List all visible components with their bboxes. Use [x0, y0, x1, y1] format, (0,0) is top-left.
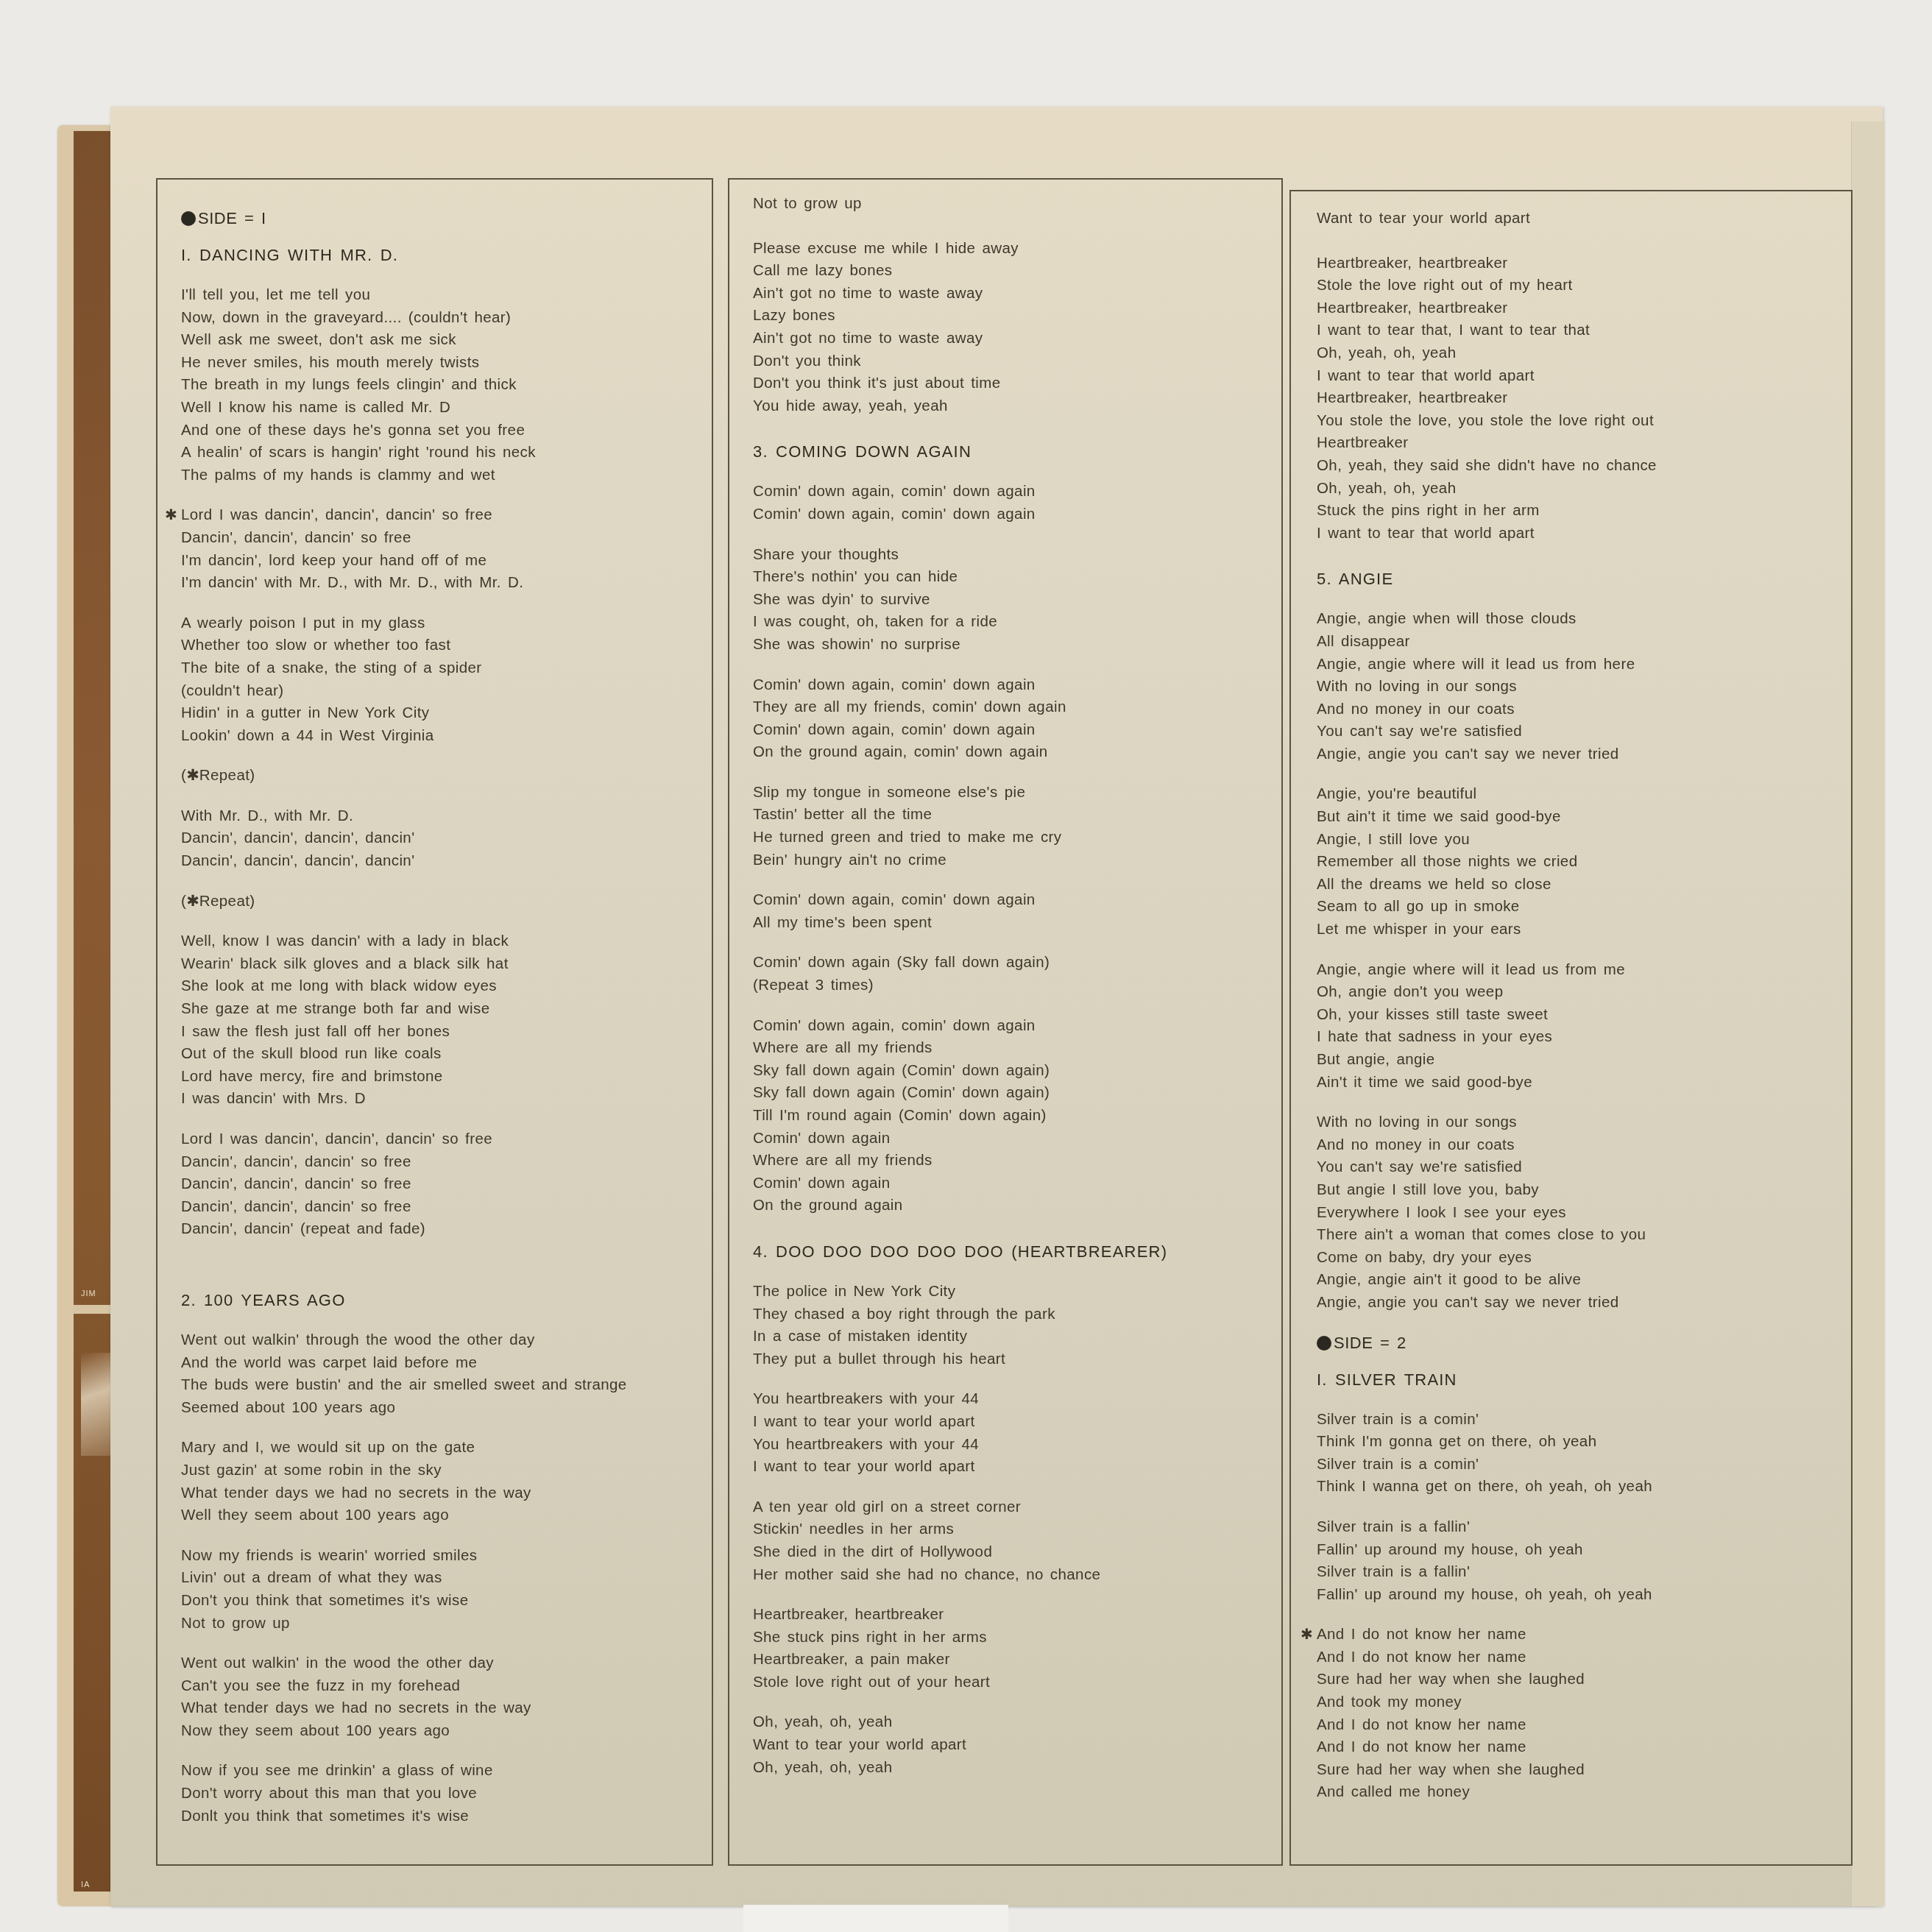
lyric-line: And no money in our coats: [1317, 1134, 1851, 1157]
lyric-line: There ain't a woman that comes close to …: [1317, 1224, 1851, 1247]
lyric-line: Bein' hungry ain't no crime: [753, 849, 1281, 872]
lyric-stanza: Angie, angie where will it lead us from …: [1317, 959, 1851, 1094]
lyric-text: She was showin' no surprise: [753, 636, 960, 653]
lyric-text: Comin' down again: [753, 1175, 891, 1192]
lyric-line: Dancin', dancin', dancin', dancin': [181, 850, 712, 873]
lyric-text: All disappear: [1317, 633, 1410, 650]
lyric-line: Lord have mercy, fire and brimstone: [181, 1066, 712, 1089]
lyric-line: Lazy bones: [753, 305, 1281, 328]
lyric-line: Oh, yeah, oh, yeah: [753, 1711, 1281, 1734]
lyric-text: Her mother said she had no chance, no ch…: [753, 1566, 1100, 1583]
lyric-text: Whether too slow or whether too fast: [181, 637, 450, 654]
lyric-line: He never smiles, his mouth merely twists: [181, 352, 712, 375]
lyric-text: Angie, angie you can't say we never trie…: [1317, 746, 1619, 762]
lyric-text: Heartbreaker: [1317, 434, 1408, 451]
lyric-line: You stole the love, you stole the love r…: [1317, 410, 1851, 433]
lyric-line: Where are all my friends: [753, 1150, 1281, 1172]
lyric-line: Well I know his name is called Mr. D: [181, 397, 712, 420]
lyric-line: You heartbreakers with your 44: [753, 1434, 1281, 1457]
lyric-line: What tender days we had no secrets in th…: [181, 1482, 712, 1505]
lyric-text: She was dyin' to survive: [753, 591, 930, 608]
lyric-text: Hidin' in a gutter in New York City: [181, 704, 429, 721]
lyric-line: Ain't got no time to waste away: [753, 328, 1281, 350]
lyric-line: Well ask me sweet, don't ask me sick: [181, 329, 712, 352]
lyric-text: Angie, angie ain't it good to be alive: [1317, 1271, 1581, 1288]
lyric-text: Share your thoughts: [753, 546, 899, 563]
lyric-line: Sky fall down again (Comin' down again): [753, 1082, 1281, 1105]
lyric-text: Well, know I was dancin' with a lady in …: [181, 933, 509, 949]
lyric-text: I'll tell you, let me tell you: [181, 286, 370, 303]
lyric-text: Stole the love right out of my heart: [1317, 277, 1573, 294]
lyric-text: I was cought, oh, taken for a ride: [753, 613, 997, 630]
lyric-line: Heartbreaker, heartbreaker: [753, 1604, 1281, 1627]
lyric-text: Lord have mercy, fire and brimstone: [181, 1068, 443, 1085]
lyric-text: With no loving in our songs: [1317, 1114, 1517, 1130]
lyric-text: Mary and I, we would sit up on the gate: [181, 1439, 475, 1456]
lyric-line: I hate that sadness in your eyes: [1317, 1026, 1851, 1049]
lyric-text: Dancin', dancin', dancin', dancin': [181, 829, 414, 846]
lyric-text: Sure had her way when she laughed: [1317, 1761, 1585, 1778]
lyric-text: Now if you see me drinkin' a glass of wi…: [181, 1762, 493, 1779]
lyric-text: Bein' hungry ain't no crime: [753, 852, 946, 868]
lyric-text: Stole love right out of your heart: [753, 1674, 990, 1691]
lyric-text: All my time's been spent: [753, 914, 932, 931]
lyric-line: Angie, angie you can't say we never trie…: [1317, 1292, 1851, 1314]
lyric-text: On the ground again, comin' down again: [753, 743, 1048, 760]
lyric-text: Heartbreaker, heartbreaker: [753, 1606, 944, 1623]
lyric-line: You can't say we're satisfied: [1317, 1156, 1851, 1179]
lyric-text: Oh, yeah, oh, yeah: [1317, 344, 1456, 361]
lyric-text: Now they seem about 100 years ago: [181, 1722, 450, 1739]
lyric-stanza: Share your thoughtsThere's nothin' you c…: [753, 544, 1281, 657]
lyric-stanza: ✱And I do not know her nameAnd I do not …: [1317, 1624, 1851, 1804]
lyric-line: She stuck pins right in her arms: [753, 1627, 1281, 1649]
lyric-text: He never smiles, his mouth merely twists: [181, 354, 479, 371]
lyric-line: Comin' down again: [753, 1128, 1281, 1150]
lyric-text: Oh, angie don't you weep: [1317, 983, 1503, 1000]
song-title: 3. COMING DOWN AGAIN: [753, 441, 1281, 464]
lyric-text: What tender days we had no secrets in th…: [181, 1699, 531, 1716]
lyric-line: Whether too slow or whether too fast: [181, 634, 712, 657]
lyric-text: Heartbreaker, heartbreaker: [1317, 389, 1508, 406]
lyric-stanza: Heartbreaker, heartbreakerStole the love…: [1317, 252, 1851, 545]
lyric-text: Don't you think it's just about time: [753, 375, 1001, 392]
lyric-line: Remember all those nights we cried: [1317, 851, 1851, 874]
lyric-line: Out of the skull blood run like coals: [181, 1043, 712, 1066]
lyric-line: Please excuse me while I hide away: [753, 238, 1281, 261]
lyric-stanza: I'll tell you, let me tell youNow, down …: [181, 284, 712, 486]
song-title: I. DANCING WITH MR. D.: [181, 244, 712, 268]
lyric-text: But ain't it time we said good-bye: [1317, 808, 1561, 825]
lyric-line: Oh, your kisses still taste sweet: [1317, 1004, 1851, 1027]
lyric-line: What tender days we had no secrets in th…: [181, 1697, 712, 1720]
lyric-text: And I do not know her name: [1317, 1738, 1526, 1755]
lyric-text: You heartbreakers with your 44: [753, 1390, 979, 1407]
lyric-line: He turned green and tried to make me cry: [753, 827, 1281, 849]
lyric-line: I want to tear your world apart: [753, 1411, 1281, 1434]
lyric-text: Want to tear your world apart: [1317, 210, 1530, 227]
lyric-line: Just gazin' at some robin in the sky: [181, 1459, 712, 1482]
lyric-line: Seam to all go up in smoke: [1317, 896, 1851, 919]
lyric-text: Comin' down again: [753, 1130, 891, 1147]
lyric-line: Oh, yeah, oh, yeah: [1317, 342, 1851, 365]
lyric-line: The police in New York City: [753, 1281, 1281, 1303]
lyric-text: With Mr. D., with Mr. D.: [181, 807, 353, 824]
lyric-line: Fallin' up around my house, oh yeah: [1317, 1539, 1851, 1562]
bullet-dot-icon: [1317, 1336, 1331, 1351]
lyric-line: Dancin', dancin' (repeat and fade): [181, 1218, 712, 1241]
lyric-text: In a case of mistaken identity: [753, 1328, 967, 1345]
lyric-line: The breath in my lungs feels clingin' an…: [181, 374, 712, 397]
lyric-text: Seemed about 100 years ago: [181, 1399, 395, 1416]
spine-label-top: JIM: [81, 1289, 96, 1298]
lyric-line: All my time's been spent: [753, 912, 1281, 935]
lyric-text: You heartbreakers with your 44: [753, 1436, 979, 1453]
lyric-text: Can't you see the fuzz in my forehead: [181, 1677, 460, 1694]
lyric-text: Dancin', dancin', dancin' so free: [181, 1153, 411, 1170]
lyric-stanza: Mary and I, we would sit up on the gateJ…: [181, 1437, 712, 1526]
lyric-stanza: Not to grow up: [753, 193, 1281, 216]
lyric-text: Dancin', dancin' (repeat and fade): [181, 1220, 425, 1237]
lyric-line: Angie, angie when will those clouds: [1317, 608, 1851, 631]
lyric-line: Heartbreaker: [1317, 432, 1851, 455]
lyric-line: I want to tear that, I want to tear that: [1317, 319, 1851, 342]
lyric-text: Wearin' black silk gloves and a black si…: [181, 955, 509, 972]
lyric-line: She died in the dirt of Hollywood: [753, 1541, 1281, 1564]
lyric-text: You stole the love, you stole the love r…: [1317, 412, 1654, 429]
lyric-line: Silver train is a comin': [1317, 1454, 1851, 1476]
lyric-stanza: Comin' down again, comin' down againThey…: [753, 674, 1281, 764]
lyric-text: But angie I still love you, baby: [1317, 1181, 1539, 1198]
lyric-text: And no money in our coats: [1317, 701, 1515, 718]
lyric-text: You can't say we're satisfied: [1317, 723, 1522, 740]
lyric-text: Comin' down again, comin' down again: [753, 1017, 1036, 1034]
lyric-text: You can't say we're satisfied: [1317, 1158, 1522, 1175]
lyric-line: Fallin' up around my house, oh yeah, oh …: [1317, 1584, 1851, 1607]
lyric-line: Comin' down again, comin' down again: [753, 481, 1281, 503]
lyric-line: And took my money: [1317, 1691, 1851, 1714]
lyric-line: Not to grow up: [181, 1613, 712, 1635]
lyric-line: Sure had her way when she laughed: [1317, 1759, 1851, 1782]
lyric-line: Tastin' better all the time: [753, 804, 1281, 827]
lyric-text: They are all my friends, comin' down aga…: [753, 698, 1066, 715]
lyric-line: And the world was carpet laid before me: [181, 1352, 712, 1375]
lyric-text: Went out walkin' in the wood the other d…: [181, 1655, 494, 1671]
lyric-line: Till I'm round again (Comin' down again): [753, 1105, 1281, 1128]
lyric-line: Silver train is a comin': [1317, 1409, 1851, 1432]
lyric-text: Silver train is a fallin': [1317, 1563, 1470, 1580]
lyrics-column-2: Not to grow upPlease excuse me while I h…: [728, 178, 1283, 1866]
lyric-line: Dancin', dancin', dancin' so free: [181, 1173, 712, 1196]
lyric-text: And I do not know her name: [1317, 1649, 1526, 1666]
bullet-dot-icon: [181, 211, 196, 226]
lyric-text: Seam to all go up in smoke: [1317, 898, 1520, 915]
lyric-line: In a case of mistaken identity: [753, 1326, 1281, 1348]
lyric-line: Hidin' in a gutter in New York City: [181, 702, 712, 725]
lyric-stanza: Comin' down again (Sky fall down again)(…: [753, 952, 1281, 997]
lyric-stanza: Angie, you're beautifulBut ain't it time…: [1317, 783, 1851, 941]
album-cover-spine: [74, 131, 115, 1892]
lyric-text: Angie, angie when will those clouds: [1317, 610, 1577, 627]
lyric-line: There's nothin' you can hide: [753, 566, 1281, 589]
lyric-text: Just gazin' at some robin in the sky: [181, 1462, 442, 1479]
song-title: I. SILVER TRAIN: [1317, 1369, 1851, 1393]
lyric-text: Remember all those nights we cried: [1317, 853, 1577, 870]
lyric-line: Stickin' needles in her arms: [753, 1518, 1281, 1541]
lyric-stanza: With Mr. D., with Mr. D.Dancin', dancin'…: [181, 805, 712, 873]
lyric-line: Donlt you think that sometimes it's wise: [181, 1805, 712, 1828]
lyric-line: You heartbreakers with your 44: [753, 1388, 1281, 1411]
lyric-line: Angie, angie ain't it good to be alive: [1317, 1269, 1851, 1292]
lyric-line: Angie, angie you can't say we never trie…: [1317, 743, 1851, 766]
lyric-line: Call me lazy bones: [753, 260, 1281, 283]
lyric-text: The breath in my lungs feels clingin' an…: [181, 376, 517, 393]
lyric-line: Stole the love right out of my heart: [1317, 275, 1851, 297]
lyric-stanza: Comin' down again, comin' down againComi…: [753, 481, 1281, 526]
lyric-text: Ain't got no time to waste away: [753, 330, 983, 347]
lyric-text: Well I know his name is called Mr. D: [181, 399, 450, 416]
lyric-line: And one of these days he's gonna set you…: [181, 420, 712, 442]
lyric-text: Dancin', dancin', dancin' so free: [181, 1175, 411, 1192]
lyric-line: You can't say we're satisfied: [1317, 721, 1851, 743]
lyric-line: Ain't got no time to waste away: [753, 283, 1281, 305]
lyric-text: Dancin', dancin', dancin' so free: [181, 1198, 411, 1215]
lyric-line: She was dyin' to survive: [753, 589, 1281, 612]
lyric-line: I want to tear that world apart: [1317, 365, 1851, 388]
lyrics-column-3: Want to tear your world apartHeartbreake…: [1289, 190, 1853, 1866]
lyric-line: Want to tear your world apart: [753, 1734, 1281, 1757]
lyric-stanza: Comin' down again, comin' down againAll …: [753, 889, 1281, 934]
lyric-text: The palms of my hands is clammy and wet: [181, 467, 495, 484]
lyric-text: Out of the skull blood run like coals: [181, 1045, 442, 1062]
lyric-text: Heartbreaker, a pain maker: [753, 1651, 950, 1668]
lyric-line: Comin' down again, comin' down again: [753, 719, 1281, 742]
lyric-text: Oh, yeah, they said she didn't have no c…: [1317, 457, 1657, 474]
lyric-text: Think I wanna get on there, oh yeah, oh …: [1317, 1478, 1652, 1495]
lyric-text: Went out walkin' through the wood the ot…: [181, 1331, 535, 1348]
lyric-line: I want to tear that world apart: [1317, 523, 1851, 545]
lyric-line: Don't you think it's just about time: [753, 372, 1281, 395]
lyric-line: Sure had her way when she laughed: [1317, 1669, 1851, 1691]
lyric-line: All disappear: [1317, 631, 1851, 654]
lyric-line: With Mr. D., with Mr. D.: [181, 805, 712, 828]
lyric-text: Comin' down again, comin' down again: [753, 676, 1036, 693]
lyric-text: Don't you think that sometimes it's wise: [181, 1592, 468, 1609]
lyric-stanza: Comin' down again, comin' down againWher…: [753, 1015, 1281, 1217]
column-content: SIDE = II. DANCING WITH MR. D.I'll tell …: [158, 180, 712, 1845]
side-label-text: SIDE = 2: [1334, 1334, 1406, 1352]
lyric-line: Angie, angie where will it lead us from …: [1317, 959, 1851, 982]
lyric-line: Where are all my friends: [753, 1037, 1281, 1060]
lyric-line: I'm dancin', lord keep your hand off of …: [181, 550, 712, 573]
lyric-line: She was showin' no surprise: [753, 634, 1281, 657]
section-gap: [181, 1259, 712, 1289]
lyric-line: Angie, angie where will it lead us from …: [1317, 654, 1851, 676]
lyric-line: (couldn't hear): [181, 680, 712, 703]
lyric-line: ✱And I do not know her name: [1317, 1624, 1851, 1646]
spine-label-bottom: IA: [81, 1880, 90, 1889]
lyric-line: She look at me long with black widow eye…: [181, 975, 712, 998]
lyric-stanza: Oh, yeah, oh, yeahWant to tear your worl…: [753, 1711, 1281, 1779]
lyric-line: Slip my tongue in someone else's pie: [753, 782, 1281, 804]
lyric-line: ✱Lord I was dancin', dancin', dancin' so…: [181, 504, 712, 527]
lyric-line: And I do not know her name: [1317, 1646, 1851, 1669]
asterisk-marker-icon: ✱: [165, 504, 177, 527]
lyric-text: I hate that sadness in your eyes: [1317, 1028, 1552, 1045]
lyric-text: She gaze at me strange both far and wise: [181, 1000, 489, 1017]
lyric-line: Her mother said she had no chance, no ch…: [753, 1564, 1281, 1587]
column-content: Want to tear your world apartHeartbreake…: [1291, 191, 1851, 1822]
lyric-line: Not to grow up: [753, 193, 1281, 216]
lyric-text: Ain't got no time to waste away: [753, 285, 983, 302]
lyric-line: Went out walkin' in the wood the other d…: [181, 1652, 712, 1675]
lyric-line: But ain't it time we said good-bye: [1317, 806, 1851, 829]
lyric-line: (Repeat 3 times): [753, 974, 1281, 997]
lyric-line: Went out walkin' through the wood the ot…: [181, 1329, 712, 1352]
lyric-text: Oh, yeah, oh, yeah: [1317, 480, 1456, 497]
lyric-text: Silver train is a comin': [1317, 1411, 1479, 1428]
lyric-line: Dancin', dancin', dancin' so free: [181, 527, 712, 550]
lyric-stanza: With no loving in our songsAnd no money …: [1317, 1111, 1851, 1314]
lyric-line: Stole love right out of your heart: [753, 1671, 1281, 1694]
lyric-stanza: ✱Lord I was dancin', dancin', dancin' so…: [181, 504, 712, 594]
lyric-stanza: Now if you see me drinkin' a glass of wi…: [181, 1760, 712, 1827]
lyric-text: She stuck pins right in her arms: [753, 1629, 987, 1646]
lyric-text: Slip my tongue in someone else's pie: [753, 784, 1025, 801]
song-title: 5. ANGIE: [1317, 568, 1851, 592]
lyric-text: And took my money: [1317, 1694, 1462, 1710]
spine-divider: [74, 1305, 115, 1314]
lyric-text: Where are all my friends: [753, 1152, 933, 1169]
lyric-line: Everywhere I look I see your eyes: [1317, 1202, 1851, 1225]
lyric-line: And I do not know her name: [1317, 1736, 1851, 1759]
lyric-line: Comin' down again, comin' down again: [753, 889, 1281, 912]
lyric-line: Silver train is a fallin': [1317, 1516, 1851, 1539]
lyric-text: And I do not know her name: [1317, 1626, 1526, 1643]
lyric-text: Comin' down again (Sky fall down again): [753, 954, 1050, 971]
lyric-text: Come on baby, dry your eyes: [1317, 1249, 1532, 1266]
lyric-text: Ain't it time we said good-bye: [1317, 1074, 1532, 1091]
lyric-stanza: Now my friends is wearin' worried smiles…: [181, 1545, 712, 1635]
lyric-text: I want to tear that, I want to tear that: [1317, 322, 1590, 339]
lyric-text: I saw the flesh just fall off her bones: [181, 1023, 450, 1040]
lyric-text: Well ask me sweet, don't ask me sick: [181, 331, 456, 348]
lyric-line: You hide away, yeah, yeah: [753, 395, 1281, 418]
lyric-line: Oh, yeah, they said she didn't have no c…: [1317, 455, 1851, 478]
lyric-stanza: Well, know I was dancin' with a lady in …: [181, 930, 712, 1111]
lyric-line: Dancin', dancin', dancin', dancin': [181, 827, 712, 850]
lyric-text: Angie, angie where will it lead us from …: [1317, 961, 1625, 978]
lyric-text: I want to tear your world apart: [753, 1413, 975, 1430]
lyric-stanza: Heartbreaker, heartbreakerShe stuck pins…: [753, 1604, 1281, 1694]
lyric-text: Don't you think: [753, 353, 861, 369]
lyric-text: Heartbreaker, heartbreaker: [1317, 255, 1508, 272]
lyric-line: Come on baby, dry your eyes: [1317, 1247, 1851, 1270]
lyric-text: Angie, I still love you: [1317, 831, 1470, 848]
lyric-text: Comin' down again, comin' down again: [753, 483, 1036, 500]
lyric-line: Think I wanna get on there, oh yeah, oh …: [1317, 1476, 1851, 1498]
lyric-stanza: Went out walkin' in the wood the other d…: [181, 1652, 712, 1742]
side-heading: SIDE = 2: [1317, 1332, 1851, 1354]
lyric-text: Silver train is a fallin': [1317, 1518, 1470, 1535]
lyric-text: A wearly poison I put in my glass: [181, 615, 425, 631]
repeat-note: (✱Repeat): [181, 891, 712, 913]
lyric-line: A healin' of scars is hangin' right 'rou…: [181, 442, 712, 464]
lyric-line: They put a bullet through his heart: [753, 1348, 1281, 1371]
lyric-line: Angie, you're beautiful: [1317, 783, 1851, 806]
lyric-line: Now they seem about 100 years ago: [181, 1720, 712, 1743]
lyric-line: They are all my friends, comin' down aga…: [753, 696, 1281, 719]
lyric-text: Donlt you think that sometimes it's wise: [181, 1808, 469, 1825]
lyric-line: A ten year old girl on a street corner: [753, 1496, 1281, 1519]
lyric-text: And no money in our coats: [1317, 1136, 1515, 1153]
lyric-text: Not to grow up: [753, 195, 862, 212]
lyric-text: Oh, your kisses still taste sweet: [1317, 1006, 1548, 1023]
lyric-stanza: The police in New York CityThey chased a…: [753, 1281, 1281, 1370]
lyric-line: Oh, yeah, oh, yeah: [1317, 478, 1851, 500]
lyric-text: Please excuse me while I hide away: [753, 240, 1019, 257]
lyric-text: She look at me long with black widow eye…: [181, 977, 497, 994]
lyric-text: They chased a boy right through the park: [753, 1306, 1055, 1323]
lyric-text: Want to tear your world apart: [753, 1736, 966, 1753]
lyric-text: And called me honey: [1317, 1783, 1470, 1800]
lyric-line: Want to tear your world apart: [1317, 208, 1851, 230]
lyric-stanza: Want to tear your world apart: [1317, 208, 1851, 230]
lyric-text: Everywhere I look I see your eyes: [1317, 1204, 1566, 1221]
lyric-line: Angie, I still love you: [1317, 829, 1851, 852]
lyric-text: Don't worry about this man that you love: [181, 1785, 477, 1802]
lyric-line: Don't you think that sometimes it's wise: [181, 1590, 712, 1613]
lyric-line: Now if you see me drinkin' a glass of wi…: [181, 1760, 712, 1783]
lyric-text: Silver train is a comin': [1317, 1456, 1479, 1473]
lyric-text: Sky fall down again (Comin' down again): [753, 1084, 1050, 1101]
lyric-line: Dancin', dancin', dancin' so free: [181, 1196, 712, 1219]
lyric-text: The bite of a snake, the sting of a spid…: [181, 659, 481, 676]
lyric-text: Not to grow up: [181, 1615, 290, 1632]
lyric-line: Comin' down again, comin' down again: [753, 1015, 1281, 1038]
lyric-line: Don't you think: [753, 350, 1281, 373]
lyric-text: Call me lazy bones: [753, 262, 892, 279]
lyric-line: But angie, angie: [1317, 1049, 1851, 1072]
lyric-line: Heartbreaker, heartbreaker: [1317, 387, 1851, 410]
lyric-line: Seemed about 100 years ago: [181, 1397, 712, 1420]
lyric-line: And I do not know her name: [1317, 1714, 1851, 1737]
lyric-stanza: A ten year old girl on a street cornerSt…: [753, 1496, 1281, 1586]
lyric-line: They chased a boy right through the park: [753, 1303, 1281, 1326]
lyric-text: Comin' down again, comin' down again: [753, 506, 1036, 523]
lyric-stanza: Silver train is a comin'Think I'm gonna …: [1317, 1409, 1851, 1498]
lyric-line: Comin' down again, comin' down again: [753, 503, 1281, 526]
lyric-line: A wearly poison I put in my glass: [181, 612, 712, 635]
lyric-text: I was dancin' with Mrs. D: [181, 1090, 366, 1107]
lyric-line: Think I'm gonna get on there, oh yeah: [1317, 1431, 1851, 1454]
side-label-text: SIDE = I: [198, 209, 266, 227]
lyric-text: I want to tear your world apart: [753, 1458, 975, 1475]
lyric-line: All the dreams we held so close: [1317, 874, 1851, 896]
lyric-line: Oh, yeah, oh, yeah: [753, 1757, 1281, 1780]
lyric-line: Now, down in the graveyard.... (couldn't…: [181, 307, 712, 330]
lyric-line: The palms of my hands is clammy and wet: [181, 464, 712, 487]
repeat-note: (✱Repeat): [181, 765, 712, 788]
lyric-line: On the ground again, comin' down again: [753, 741, 1281, 764]
lyric-line: Heartbreaker, a pain maker: [753, 1649, 1281, 1671]
lyric-line: Share your thoughts: [753, 544, 1281, 567]
lyric-line: Silver train is a fallin': [1317, 1561, 1851, 1584]
lyric-stanza: Lord I was dancin', dancin', dancin' so …: [181, 1128, 712, 1241]
lyric-text: Dancin', dancin', dancin' so free: [181, 529, 411, 546]
lyric-text: There's nothin' you can hide: [753, 568, 958, 585]
lyric-text: You hide away, yeah, yeah: [753, 397, 948, 414]
